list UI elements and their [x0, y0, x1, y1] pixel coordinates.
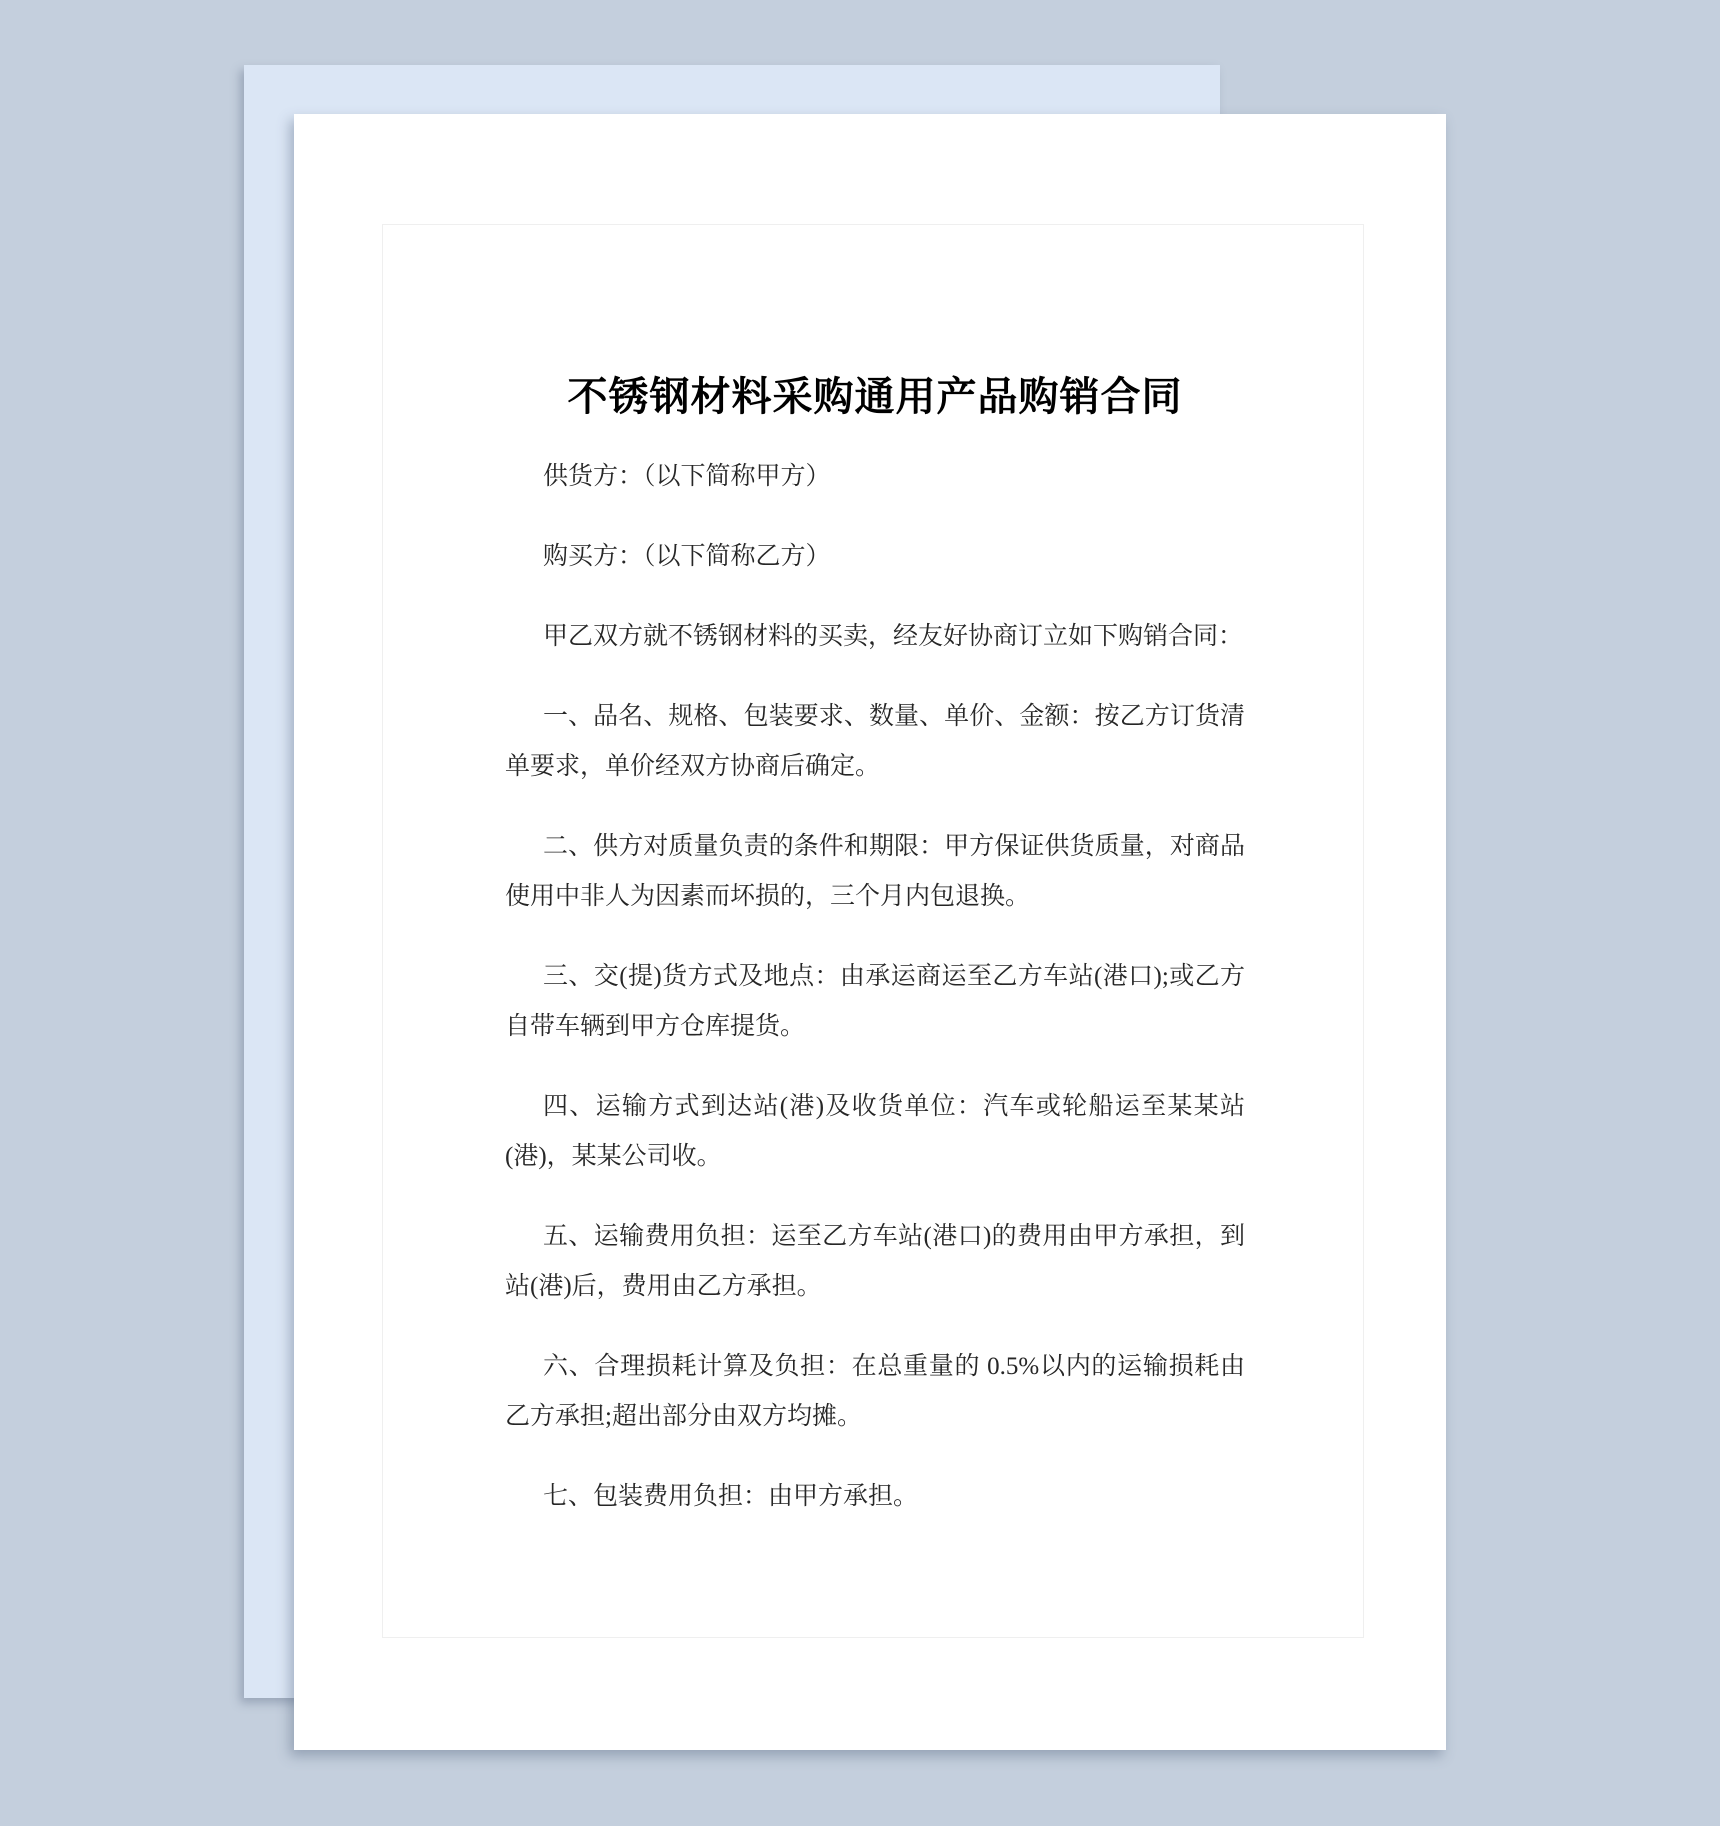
paragraph-preamble: 甲乙双方就不锈钢材料的买卖，经友好协商订立如下购销合同：: [505, 612, 1245, 662]
clause-4: 四、运输方式到达站(港)及收货单位：汽车或轮船运至某某站(港)，某某公司收。: [505, 1082, 1245, 1182]
document-content: 不锈钢材料采购通用产品购销合同 供货方：（以下简称甲方） 购买方：（以下简称乙方…: [505, 114, 1245, 1552]
clause-1: 一、品名、规格、包装要求、数量、单价、金额：按乙方订货清单要求，单价经双方协商后…: [505, 692, 1245, 792]
clause-6: 六、合理损耗计算及负担：在总重量的 0.5%以内的运输损耗由乙方承担;超出部分由…: [505, 1342, 1245, 1442]
clause-2: 二、供方对质量负责的条件和期限：甲方保证供货质量，对商品使用中非人为因素而坏损的…: [505, 822, 1245, 922]
document-page: 不锈钢材料采购通用产品购销合同 供货方：（以下简称甲方） 购买方：（以下简称乙方…: [294, 114, 1446, 1750]
paragraph-supplier: 供货方：（以下简称甲方）: [505, 452, 1245, 502]
clause-3: 三、交(提)货方式及地点：由承运商运至乙方车站(港口);或乙方自带车辆到甲方仓库…: [505, 952, 1245, 1052]
paragraph-buyer: 购买方：（以下简称乙方）: [505, 532, 1245, 582]
clause-5: 五、运输费用负担：运至乙方车站(港口)的费用由甲方承担，到站(港)后，费用由乙方…: [505, 1212, 1245, 1312]
canvas-background: { "document": { "title": "不锈钢材料采购通用产品购销合…: [0, 0, 1720, 1826]
clause-7: 七、包装费用负担：由甲方承担。: [505, 1472, 1245, 1522]
document-title: 不锈钢材料采购通用产品购销合同: [505, 373, 1245, 421]
